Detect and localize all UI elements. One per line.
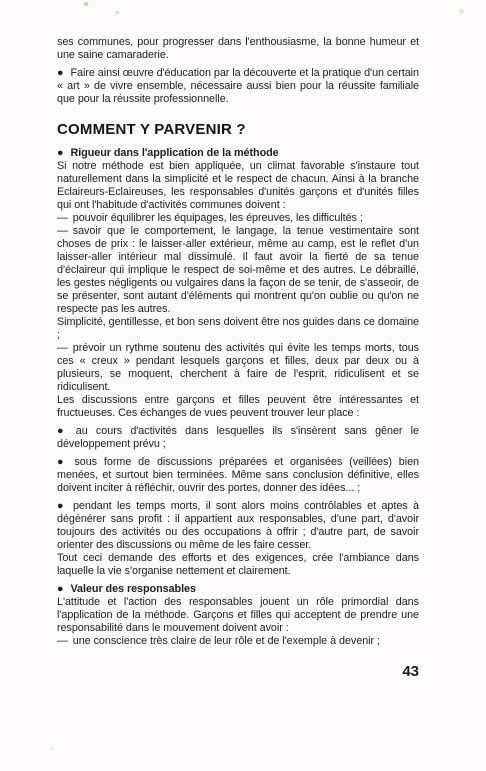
bullet-icon: ●	[57, 456, 67, 468]
dash-marker: —	[57, 212, 68, 224]
paragraph: ses communes, pour progresser dans l'ent…	[57, 36, 419, 62]
paragraph-text: Tout ceci demande des efforts et des exi…	[57, 552, 419, 577]
paragraph: —savoir que le comportement, le langage,…	[57, 225, 419, 316]
paragraph-text: L'attitude et l'action des responsables …	[57, 596, 419, 634]
paragraph-text: une conscience très claire de leur rôle …	[73, 635, 380, 647]
paragraph-text: prévoir un rythme soutenu des activités …	[57, 342, 419, 393]
paragraph: —pouvoir équilibrer les équipages, les é…	[57, 212, 419, 225]
paragraph-text: au cours d'activités dans lesquelles ils…	[57, 425, 419, 450]
dash-marker: —	[57, 225, 68, 237]
main-section: ●Rigueur dans l'application de la méthod…	[57, 147, 419, 648]
paragraph: ●au cours d'activités dans lesquelles il…	[57, 425, 419, 451]
bullet-icon: ●	[57, 67, 63, 79]
scan-speck	[459, 9, 464, 14]
paragraph-text: Rigueur dans l'application de la méthode	[70, 147, 278, 159]
paragraph-text: sous forme de discussions préparées et o…	[57, 456, 419, 494]
section-heading: COMMENT Y PARVENIR ?	[57, 121, 419, 138]
paragraph-text: savoir que le comportement, le langage, …	[57, 225, 419, 315]
scan-speck	[51, 747, 54, 750]
bullet-icon: ●	[57, 583, 63, 595]
scan-speck	[116, 11, 119, 14]
paragraph-text: Faire ainsi œuvre d'éducation par la déc…	[57, 67, 419, 105]
paragraph-text: Les discussions entre garçons et filles …	[57, 394, 419, 419]
paragraph: Si notre méthode est bien appliquée, un …	[57, 160, 419, 212]
subheading: ●Rigueur dans l'application de la méthod…	[57, 147, 419, 160]
paragraph: ●Faire ainsi œuvre d'éducation par la dé…	[57, 67, 419, 106]
paragraph: —une conscience très claire de leur rôle…	[57, 635, 419, 648]
paragraph-text: pendant les temps morts, il sont alors m…	[57, 500, 419, 551]
paragraph-text: Si notre méthode est bien appliquée, un …	[57, 160, 419, 211]
paragraph: Les discussions entre garçons et filles …	[57, 394, 419, 420]
paragraph: Tout ceci demande des efforts et des exi…	[57, 552, 419, 578]
paragraph-text: pouvoir équilibrer les équipages, les ép…	[73, 212, 363, 224]
bullet-icon: ●	[57, 425, 69, 437]
paragraph-text: Simplicité, gentillesse, et bon sens doi…	[57, 316, 419, 341]
paragraph-text: ses communes, pour progresser dans l'ent…	[57, 36, 419, 61]
scanned-page: ses communes, pour progresser dans l'ent…	[0, 0, 486, 771]
page-number: 43	[57, 663, 419, 680]
paragraph: ●sous forme de discussions préparées et …	[57, 456, 419, 495]
subheading: ●Valeur des responsables	[57, 583, 419, 596]
dash-marker: —	[57, 635, 68, 647]
page-content: ses communes, pour progresser dans l'ent…	[57, 36, 419, 680]
intro-section: ses communes, pour progresser dans l'ent…	[57, 36, 419, 106]
dash-marker: —	[57, 342, 68, 354]
paragraph: L'attitude et l'action des responsables …	[57, 596, 419, 635]
scan-speck	[84, 2, 88, 6]
paragraph-text: Valeur des responsables	[70, 583, 195, 595]
paragraph: ●pendant les temps morts, il sont alors …	[57, 500, 419, 552]
paragraph: —prévoir un rythme soutenu des activités…	[57, 342, 419, 394]
paragraph: Simplicité, gentillesse, et bon sens doi…	[57, 316, 419, 342]
bullet-icon: ●	[57, 500, 66, 512]
bullet-icon: ●	[57, 147, 63, 159]
